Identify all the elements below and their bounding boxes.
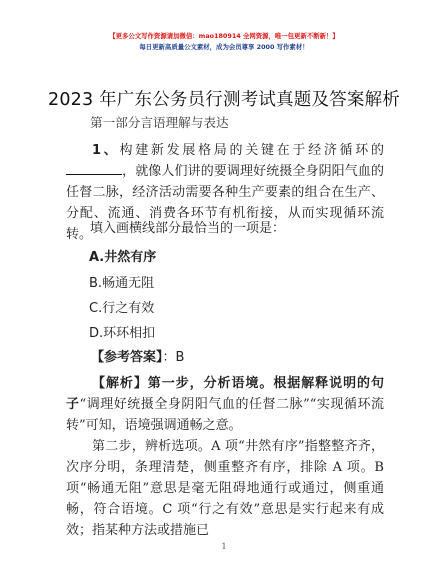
analysis-step-2: 第二步，辨析选项。A 项“井然有序”指整整齐齐，次序分明，条理清楚，侧重整齐有序… (66, 436, 384, 541)
option-text: 行之有效 (102, 301, 154, 316)
analysis-label: 【解析】 (92, 376, 148, 391)
analysis-step-1: 【解析】第一步，分析语境。根据解释说明的句子“调理好统摄全身阴阳气血的任督二脉”… (66, 373, 384, 436)
option-text: 畅通无阻 (102, 276, 154, 291)
option-a: A.井然有序 (89, 246, 156, 265)
option-b: B.畅通无阻 (89, 272, 154, 291)
page-number: 1 (0, 542, 448, 551)
option-c: C.行之有效 (89, 297, 154, 316)
reference-answer: 【参考答案】：B (91, 346, 184, 365)
analysis-step-1-body: “调理好统摄全身阴阳气血的任督二脉”“实现循环流转”可知，语境强调通畅之意。 (66, 397, 384, 433)
option-letter: B. (89, 276, 102, 291)
section-heading: 第一部分言语理解与表达 (90, 112, 408, 133)
option-letter: D. (89, 326, 103, 341)
answer-label: 【参考答案】 (91, 350, 163, 365)
answer-value: ：B (163, 350, 185, 365)
option-text: 井然有序 (104, 250, 156, 265)
stem-before-blank: 构建新发展格局的关键在于经济循环的 (119, 143, 384, 158)
fill-in-blank (66, 162, 122, 175)
option-letter: A. (89, 250, 104, 265)
question-prompt: 填入画横线部分最恰当的一项是： (90, 218, 408, 239)
option-d: D.环环相扣 (89, 322, 155, 341)
promo-banner-line-1: 【更多公文写作资源请加微信：mao180914 全网资源，唯一包更新不断新！】 (0, 31, 448, 40)
promo-banner-line-2: 每日更新高质量公文素材，成为会员尊享 2000 写作素材！ (0, 42, 448, 51)
option-letter: C. (89, 301, 102, 316)
question-number: 1、 (92, 143, 119, 158)
option-text: 环环相扣 (103, 326, 155, 341)
document-title: 2023 年广东公务员行测考试真题及答案解析 (0, 86, 448, 111)
